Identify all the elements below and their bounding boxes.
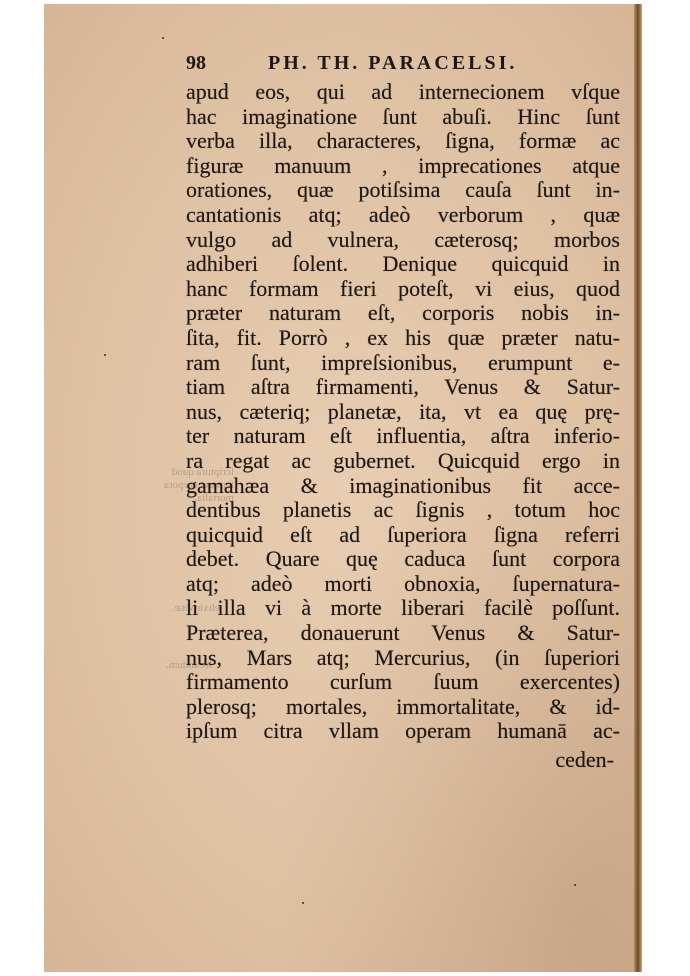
text-line: verba illa, characteres, ſigna, formæ ac	[186, 129, 620, 154]
text-line: præter naturam eſt, corporis nobis in-	[186, 301, 620, 326]
text-line: ra regat ac gubernet. Quicquid ergo in	[186, 449, 620, 474]
text-line: ipſum citra vllam operam humanā ac-	[186, 719, 620, 744]
paper-speck	[104, 354, 106, 356]
text-line: atq; adeò morti obnoxia, ſupernatura-	[186, 572, 620, 597]
catchword: ceden-	[186, 748, 620, 773]
text-line: adhiberi ſolent. Denique quicquid in	[186, 252, 620, 277]
text-line: orationes, quæ potiſsima cauſa ſunt in-	[186, 178, 620, 203]
paper-speck	[574, 884, 576, 886]
text-line: li illa vi à morte liberari facilè poſſu…	[186, 596, 620, 621]
page-number: 98	[186, 52, 268, 75]
body-text: apud eos, qui ad internecionem vſquehac …	[186, 80, 620, 744]
text-line: tiam aſtra firmamenti, Venus & Satur-	[186, 375, 620, 400]
text-line: ram ſunt, impreſsionibus, erumpunt e-	[186, 351, 620, 376]
text-line: vulgo ad vulnera, cæterosq; morbos	[186, 228, 620, 253]
page-fore-edge	[634, 4, 642, 972]
text-line: debet. Quare quę caduca ſunt corpora	[186, 547, 620, 572]
text-line: nus, cæteriq; planetæ, ita, vt ea quę pr…	[186, 400, 620, 425]
text-line: nus, Mars atq; Mercurius, (in ſuperiori	[186, 646, 620, 671]
running-head: 98 PH. TH. PARACELSI.	[186, 52, 620, 80]
text-block: 98 PH. TH. PARACELSI. apud eos, qui ad i…	[186, 52, 620, 773]
running-title: PH. TH. PARACELSI.	[268, 52, 517, 75]
text-line: ter naturam eſt influentia, aſtra inferi…	[186, 424, 620, 449]
text-line: quicquid eſt ad ſuperiora ſigna referri	[186, 523, 620, 548]
text-line: hanc formam fieri poteſt, vi eius, quod	[186, 277, 620, 302]
text-line: Præterea, donauerunt Venus & Satur-	[186, 621, 620, 646]
text-line: cantationis atq; adeò verborum , quæ	[186, 203, 620, 228]
text-line: apud eos, qui ad internecionem vſque	[186, 80, 620, 105]
paper-speck	[162, 37, 164, 39]
paper-speck	[302, 902, 304, 904]
text-line: firmamento curſum ſuum exercentes)	[186, 670, 620, 695]
text-line: ſita, fit. Porrò , ex his quæ præter nat…	[186, 326, 620, 351]
text-line: plerosq; mortales, immortalitate, & id-	[186, 695, 620, 720]
text-line: figuræ manuum , imprecationes atque	[186, 154, 620, 179]
text-line: dentibus planetis ac ſignis , totum hoc	[186, 498, 620, 523]
text-line: gamahæa & imaginationibus fit acce-	[186, 474, 620, 499]
text-line: hac imaginatione ſunt abuſi. Hinc ſunt	[186, 105, 620, 130]
